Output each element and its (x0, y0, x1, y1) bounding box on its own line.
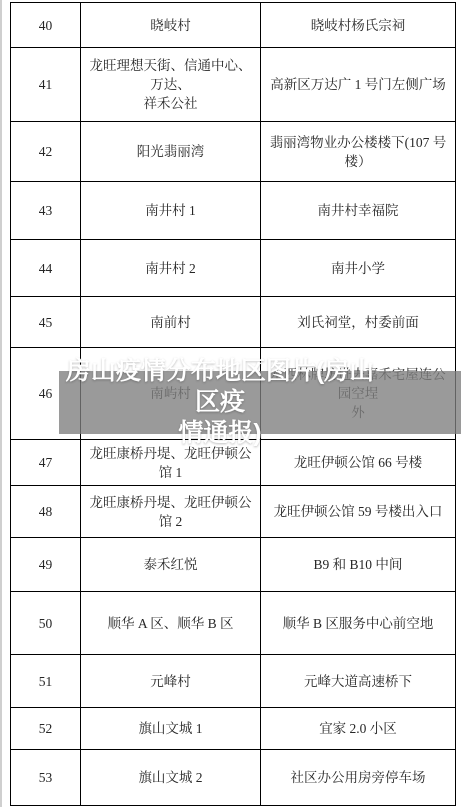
table-row: 52旗山文城 1宜家 2.0 小区 (11, 708, 456, 750)
location-name-cell: 南井村 1 (81, 182, 261, 240)
testing-site-cell: 顺华 B 区服务中心前空地 (261, 592, 456, 655)
location-name-cell: 旗山文城 1 (81, 708, 261, 750)
testing-site-cell: 南井小学 (261, 240, 456, 297)
row-number-cell: 40 (11, 3, 81, 48)
table-row: 51元峰村元峰大道高速桥下 (11, 655, 456, 708)
location-name-cell: 顺华 A 区、顺华 B 区 (81, 592, 261, 655)
table-row: 48龙旺康桥丹堤、龙旺伊顿公馆 2龙旺伊顿公馆 59 号楼出入口 (11, 486, 456, 538)
watermark-overlay: 房山疫情分布地区图片(房山区疫 情通报) (59, 371, 461, 434)
location-name-cell: 南井村 2 (81, 240, 261, 297)
testing-site-cell: 刘氏祠堂，村委前面 (261, 297, 456, 348)
row-number-cell: 45 (11, 297, 81, 348)
left-edge-strip (0, 0, 2, 807)
row-number-cell: 43 (11, 182, 81, 240)
row-number-cell: 48 (11, 486, 81, 538)
location-name-cell: 龙旺康桥丹堤、龙旺伊顿公馆 2 (81, 486, 261, 538)
table-row: 49泰禾红悦B9 和 B10 中间 (11, 538, 456, 592)
table-row: 53旗山文城 2社区办公用房旁停车场 (11, 750, 456, 806)
row-number-cell: 51 (11, 655, 81, 708)
testing-site-cell: 元峰大道高速桥下 (261, 655, 456, 708)
table-row: 50顺华 A 区、顺华 B 区顺华 B 区服务中心前空地 (11, 592, 456, 655)
testing-site-cell: 龙旺伊顿公馆 59 号楼出入口 (261, 486, 456, 538)
location-name-cell: 龙旺理想天街、信通中心、万达、 祥禾公社 (81, 48, 261, 122)
location-name-cell: 南前村 (81, 297, 261, 348)
row-number-cell: 41 (11, 48, 81, 122)
table-row: 42阳光翡丽湾翡丽湾物业办公楼楼下(107 号楼） (11, 122, 456, 182)
row-number-cell: 52 (11, 708, 81, 750)
testing-site-cell: 晓岐村杨氏宗祠 (261, 3, 456, 48)
testing-site-cell: B9 和 B10 中间 (261, 538, 456, 592)
watermark-title: 房山疫情分布地区图片(房山区疫 情通报) (59, 356, 381, 449)
table-row: 44南井村 2南井小学 (11, 240, 456, 297)
testing-site-cell: 宜家 2.0 小区 (261, 708, 456, 750)
table-row: 41龙旺理想天街、信通中心、万达、 祥禾公社高新区万达广 1 号门左侧广场 (11, 48, 456, 122)
location-name-cell: 泰禾红悦 (81, 538, 261, 592)
testing-site-cell: 高新区万达广 1 号门左侧广场 (261, 48, 456, 122)
row-number-cell: 53 (11, 750, 81, 806)
row-number-cell: 42 (11, 122, 81, 182)
location-name-cell: 元峰村 (81, 655, 261, 708)
location-name-cell: 晓岐村 (81, 3, 261, 48)
table-row: 40晓岐村晓岐村杨氏宗祠 (11, 3, 456, 48)
location-name-cell: 阳光翡丽湾 (81, 122, 261, 182)
row-number-cell: 49 (11, 538, 81, 592)
row-number-cell: 50 (11, 592, 81, 655)
testing-site-cell: 翡丽湾物业办公楼楼下(107 号楼） (261, 122, 456, 182)
location-name-cell: 旗山文城 2 (81, 750, 261, 806)
testing-site-cell: 南井村幸福院 (261, 182, 456, 240)
row-number-cell: 44 (11, 240, 81, 297)
screenshot-page: 40晓岐村晓岐村杨氏宗祠41龙旺理想天街、信通中心、万达、 祥禾公社高新区万达广… (0, 0, 461, 807)
table-row: 45南前村刘氏祠堂，村委前面 (11, 297, 456, 348)
testing-site-cell: 社区办公用房旁停车场 (261, 750, 456, 806)
table-row: 43南井村 1南井村幸福院 (11, 182, 456, 240)
